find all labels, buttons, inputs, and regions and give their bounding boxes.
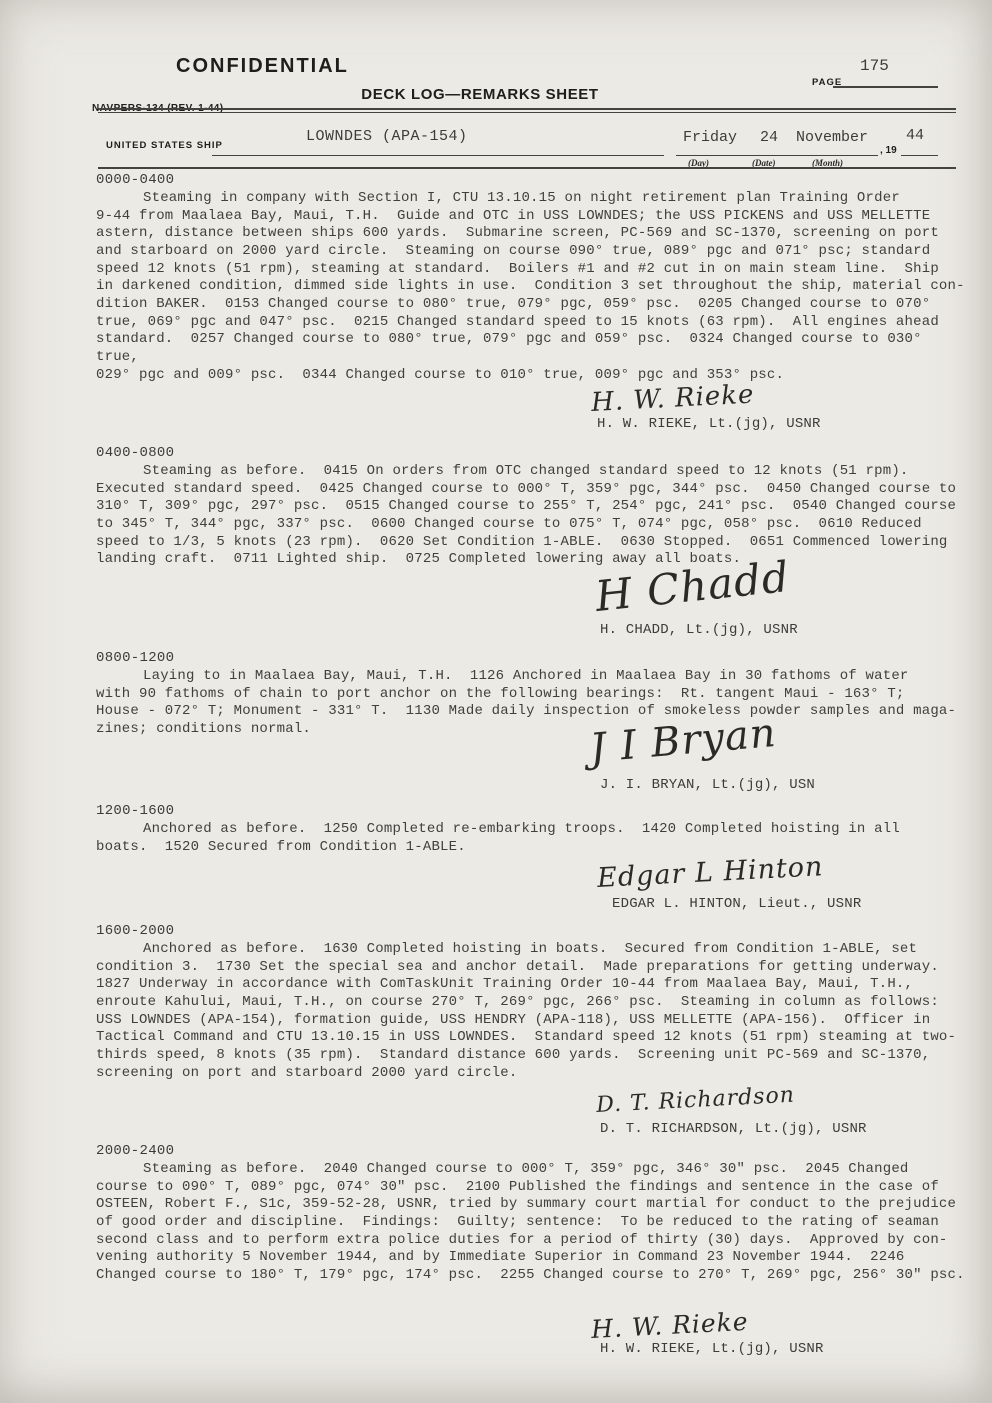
page-number: 175	[860, 57, 889, 75]
log-entry-text: Anchored as before. 1250 Completed re-em…	[96, 821, 972, 856]
signature-typed: H. W. RIEKE, Lt.(jg), USNR	[600, 1341, 824, 1357]
header-bottom-rule	[98, 167, 956, 169]
classification-stamp: CONFIDENTIAL	[176, 55, 349, 78]
signature-typed: EDGAR L. HINTON, Lieut., USNR	[612, 896, 861, 912]
watch-period-heading: 0800-1200	[96, 650, 972, 666]
log-entry-text: Steaming in company with Section I, CTU …	[96, 190, 972, 384]
year-value: 44	[906, 127, 924, 144]
log-entry-text: Anchored as before. 1630 Completed hoist…	[96, 941, 972, 1082]
header-double-rule-top	[98, 108, 956, 110]
year-prefix: , 19	[880, 145, 897, 156]
watch-period-heading: 1200-1600	[96, 803, 972, 819]
signature-typed: J. I. BRYAN, Lt.(jg), USN	[600, 777, 815, 793]
log-section-0800-1200: 0800-1200 Laying to in Maalaea Bay, Maui…	[96, 650, 972, 739]
signature-script: Edgar L Hinton	[596, 851, 824, 894]
date-number: 24	[760, 129, 778, 146]
signature-script: H. W. Rieke	[590, 1307, 749, 1344]
log-section-2000-2400: 2000-2400 Steaming as before. 2040 Chang…	[96, 1143, 972, 1285]
watch-period-heading: 1600-2000	[96, 923, 972, 939]
watch-period-heading: 0400-0800	[96, 445, 972, 461]
signature-typed: D. T. RICHARDSON, Lt.(jg), USNR	[600, 1121, 867, 1137]
log-section-1200-1600: 1200-1600 Anchored as before. 1250 Compl…	[96, 803, 972, 856]
signature-script: H. W. Rieke	[590, 379, 755, 418]
ship-name-underline	[212, 155, 664, 156]
signature-script: D. T. Richardson	[596, 1083, 796, 1118]
log-entry-text: Steaming as before. 0415 On orders from …	[96, 463, 972, 569]
document-title: DECK LOG—REMARKS SHEET	[0, 86, 960, 103]
watch-period-heading: 2000-2400	[96, 1143, 972, 1159]
date-month: November	[796, 129, 868, 146]
date-day: Friday	[683, 129, 737, 146]
log-section-0000-0400: 0000-0400 Steaming in company with Secti…	[96, 172, 972, 384]
signature-typed: H. CHADD, Lt.(jg), USNR	[600, 622, 798, 638]
date-underline	[676, 155, 878, 156]
log-section-1600-2000: 1600-2000 Anchored as before. 1630 Compl…	[96, 923, 972, 1082]
header-double-rule-bottom	[98, 112, 956, 114]
signature-typed: H. W. RIEKE, Lt.(jg), USNR	[597, 416, 821, 432]
log-entry-text: Laying to in Maalaea Bay, Maui, T.H. 112…	[96, 668, 972, 739]
watch-period-heading: 0000-0400	[96, 172, 972, 188]
deck-log-page: CONFIDENTIAL PAGE 175 NAVPERS-134 (REV. …	[0, 0, 992, 1403]
ship-name: LOWNDES (APA-154)	[306, 128, 468, 145]
ship-label: UNITED STATES SHIP	[106, 140, 223, 151]
year-underline	[901, 155, 938, 156]
log-entry-text: Steaming as before. 2040 Changed course …	[96, 1161, 972, 1285]
log-section-0400-0800: 0400-0800 Steaming as before. 0415 On or…	[96, 445, 972, 569]
